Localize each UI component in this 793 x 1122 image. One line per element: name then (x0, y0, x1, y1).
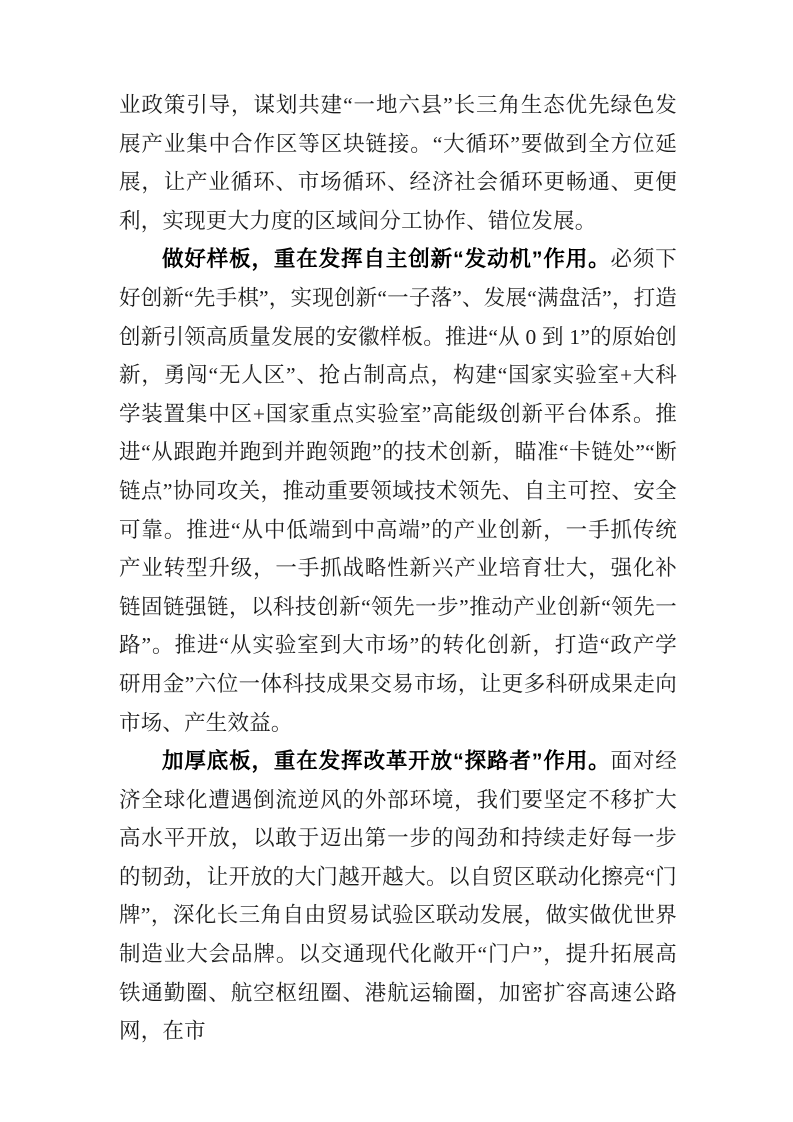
paragraph-innovation: 做好样板，重在发挥自主创新“发动机”作用。必须下好创新“先手棋”，实现创新“一子… (119, 240, 677, 742)
paragraph-text: 业政策引导，谋划共建“一地六县”长三角生态优先绿色发展产业集中合作区等区块链接。… (119, 93, 677, 233)
paragraph-lead-bold: 做好样板，重在发挥自主创新“发动机”作用。 (162, 247, 611, 271)
paragraph-text: 必须下好创新“先手棋”，实现创新“一子落”、发展“满盘活”，打造创新引领高质量发… (119, 247, 677, 734)
paragraph-continuation: 业政策引导，谋划共建“一地六县”长三角生态优先绿色发展产业集中合作区等区块链接。… (119, 86, 677, 240)
text-column: 业政策引导，谋划共建“一地六县”长三角生态优先绿色发展产业集中合作区等区块链接。… (119, 86, 677, 1051)
paragraph-reform-opening: 加厚底板，重在发挥改革开放“探路者”作用。面对经济全球化遭遇倒流逆风的外部环境，… (119, 742, 677, 1051)
document-page: 业政策引导，谋划共建“一地六县”长三角生态优先绿色发展产业集中合作区等区块链接。… (0, 0, 793, 1122)
paragraph-text: 面对经济全球化遭遇倒流逆风的外部环境，我们要坚定不移扩大高水平开放，以敢于迈出第… (119, 749, 677, 1043)
paragraph-lead-bold: 加厚底板，重在发挥改革开放“探路者”作用。 (162, 749, 611, 773)
